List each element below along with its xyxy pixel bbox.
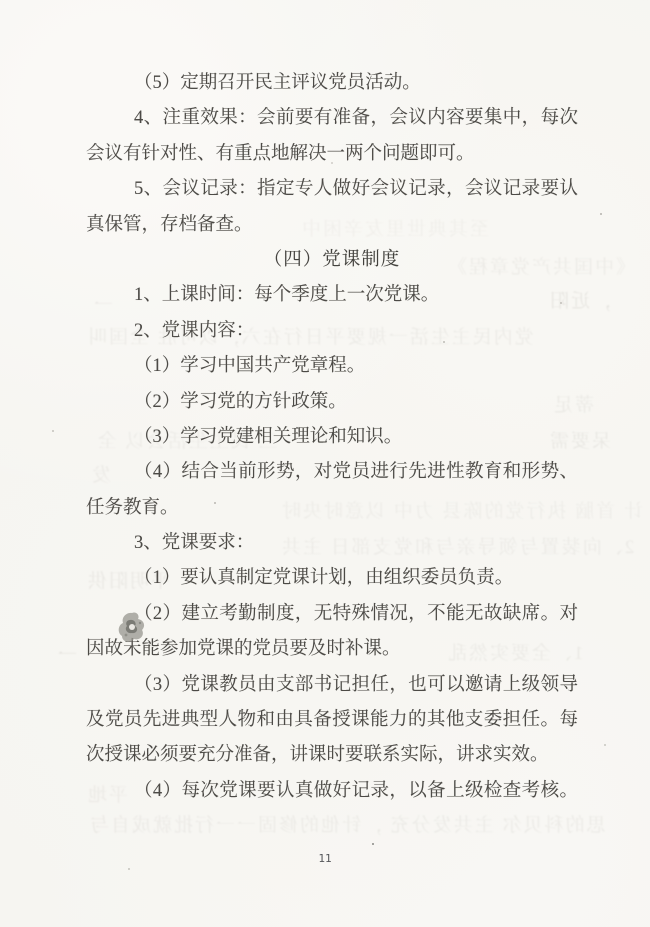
text-line: （2）建立考勤制度，无特殊情况，不能无故缺席。对 bbox=[86, 597, 578, 632]
text-line: 会议有针对性、有重点地解决一两个问题即可。 bbox=[86, 137, 578, 172]
text-line: （4）结合当前形势，对党员进行先进性教育和形势、 bbox=[86, 455, 578, 490]
scan-noise-specks bbox=[0, 0, 2, 2]
document-body: （5）定期召开民主评议党员活动。 4、注重效果：会前要有准备，会议内容要集中，每… bbox=[86, 66, 578, 809]
scanned-document-page: （5）定期召开民主评议党员活动。 4、注重效果：会前要有准备，会议内容要集中，每… bbox=[0, 0, 650, 927]
bleedthrough-text: 思的科贝尔 主共发分充 ，针他的修固一一行批就成自与 bbox=[88, 810, 606, 837]
text-line: （1）要认真制定党课计划，由组织委员负责。 bbox=[86, 561, 578, 596]
section-heading: （四）党课制度 bbox=[86, 243, 578, 278]
ink-smudge-icon bbox=[118, 610, 148, 646]
text-line: （2）学习党的方针政策。 bbox=[86, 385, 578, 420]
text-line: 5、会议记录：指定专人做好会议记录，会议记录要认 bbox=[86, 172, 578, 207]
text-line: 及党员先进典型人物和由具备授课能力的其他支委担任。每 bbox=[86, 703, 578, 738]
text-line: 1、上课时间：每个季度上一次党课。 bbox=[86, 278, 578, 313]
page-number: 11 bbox=[0, 852, 650, 865]
text-line: （1）学习中国共产党章程。 bbox=[86, 349, 578, 384]
text-line: （3）党课教员由支部书记担任，也可以邀请上级领导 bbox=[86, 668, 578, 703]
text-line: 2、党课内容： bbox=[86, 314, 578, 349]
text-line: 次授课必须要充分准备，讲课时要联系实际，讲求实效。 bbox=[86, 738, 578, 773]
text-line: 3、党课要求： bbox=[86, 526, 578, 561]
text-line: 真保管，存档备查。 bbox=[86, 208, 578, 243]
text-line: 任务教育。 bbox=[86, 491, 578, 526]
bleedthrough-text: 一 bbox=[56, 640, 77, 667]
text-line: （5）定期召开民主评议党员活动。 bbox=[86, 66, 578, 101]
text-line: （4）每次党课要认真做好记录，以备上级检查考核。 bbox=[86, 774, 578, 809]
text-line: （3）学习党建相关理论和知识。 bbox=[86, 420, 578, 455]
text-line: 因故未能参加党课的党员要及时补课。 bbox=[86, 632, 578, 667]
text-line: 4、注重效果：会前要有准备，会议内容要集中，每次 bbox=[86, 101, 578, 136]
